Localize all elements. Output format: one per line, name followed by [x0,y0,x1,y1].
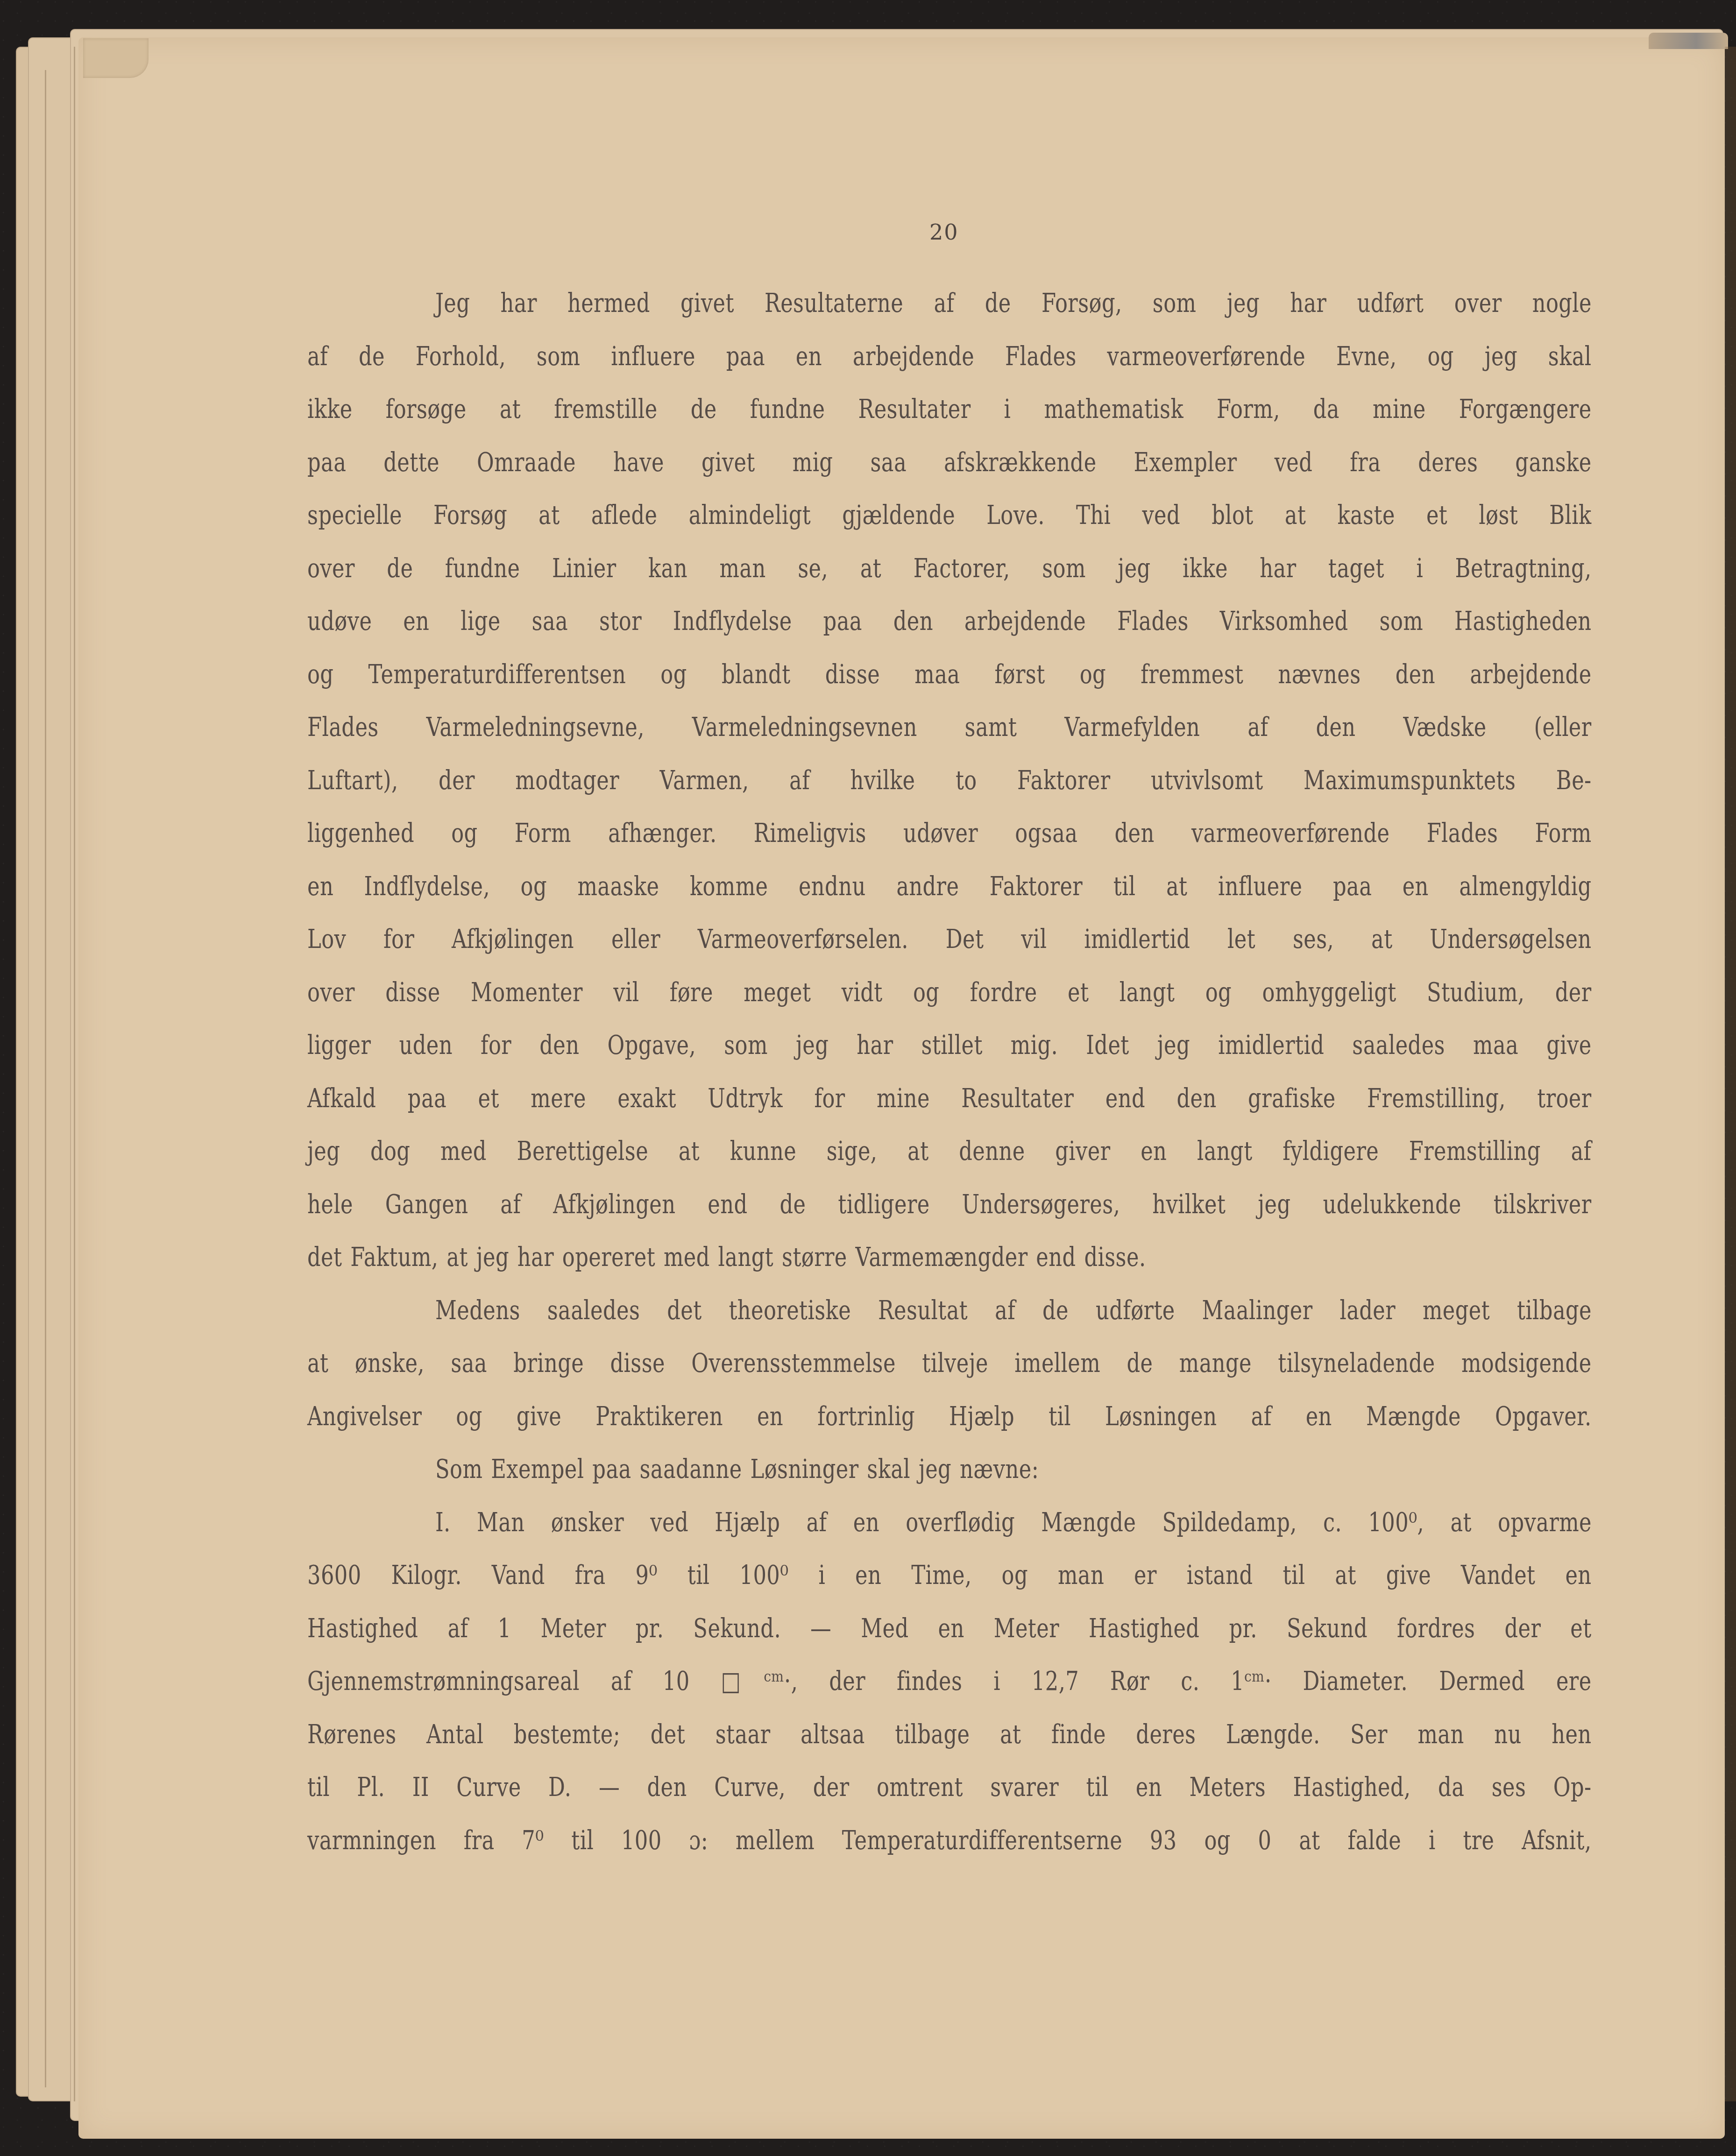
text-line: 3600 Kilogr. Vand fra 9⁰ til 100⁰ i en T… [307,1559,1335,1592]
text-line: Luftart), der modtager Varmen, af hvilke… [307,764,1335,797]
text-line-content: Afkald paa et mere exakt Udtryk for mine… [307,1082,1592,1115]
text-line: hele Gangen af Afkjølingen end de tidlig… [307,1188,1335,1221]
text-line-content: Som Exempel paa saadanne Løsninger skal … [435,1453,1592,1486]
text-line-content: til Pl. II Curve D. — den Curve, der omt… [307,1771,1592,1804]
body-text: Jeg har hermed givet Resultaterne af de … [0,0,1736,2156]
text-line: Hastighed af 1 Meter pr. Sekund. — Med e… [307,1612,1335,1645]
text-line: til Pl. II Curve D. — den Curve, der omt… [307,1771,1335,1804]
text-line-content: Rørenes Antal bestemte; det staar altsaa… [307,1718,1592,1751]
text-line-content: det Faktum, at jeg har opereret med lang… [307,1241,1592,1274]
text-line: Afkald paa et mere exakt Udtryk for mine… [307,1082,1335,1115]
text-line: Rørenes Antal bestemte; det staar altsaa… [307,1718,1335,1751]
text-line: over disse Momenter vil føre meget vidt … [307,976,1335,1009]
text-line: over de fundne Linier kan man se, at Fac… [307,552,1335,585]
text-line: af de Forhold, som influere paa en arbej… [307,340,1335,373]
text-line: Som Exempel paa saadanne Løsninger skal … [435,1453,1360,1486]
text-line-content: af de Forhold, som influere paa en arbej… [307,340,1592,373]
text-line: udøve en lige saa stor Indflydelse paa d… [307,605,1335,638]
text-line-content: ligger uden for den Opgave, som jeg har … [307,1029,1592,1062]
text-line: I. Man ønsker ved Hjælp af en overflødig… [435,1506,1360,1539]
text-line: Gjennemstrømningsareal af 10 □ᶜᵐ·, der f… [307,1665,1335,1698]
text-line-content: Hastighed af 1 Meter pr. Sekund. — Med e… [307,1612,1592,1645]
text-line-content: over disse Momenter vil føre meget vidt … [307,976,1592,1009]
text-line: Lov for Afkjølingen eller Varmeoverførse… [307,923,1335,956]
text-line-content: 3600 Kilogr. Vand fra 9⁰ til 100⁰ i en T… [307,1559,1592,1592]
text-line: jeg dog med Berettigelse at kunne sige, … [307,1135,1335,1168]
text-line-content: og Temperaturdifferentsen og blandt diss… [307,658,1592,691]
text-line: liggenhed og Form afhænger. Rimeligvis u… [307,817,1335,850]
text-line-content: Medens saaledes det theoretiske Resultat… [435,1294,1592,1327]
text-line: ligger uden for den Opgave, som jeg har … [307,1029,1335,1062]
text-line-content: udøve en lige saa stor Indflydelse paa d… [307,605,1592,638]
text-line-content: Lov for Afkjølingen eller Varmeoverførse… [307,923,1592,956]
text-line-content: over de fundne Linier kan man se, at Fac… [307,552,1592,585]
text-line-content: at ønske, saa bringe disse Overensstemme… [307,1347,1592,1380]
text-line-content: Luftart), der modtager Varmen, af hvilke… [307,764,1592,797]
text-line-content: paa dette Omraade have givet mig saa afs… [307,446,1592,479]
text-line: en Indflydelse, og maaske komme endnu an… [307,870,1335,903]
text-line-content: ikke forsøge at fremstille de fundne Res… [307,393,1592,426]
text-line: Angivelser og give Praktikeren en fortri… [307,1400,1335,1433]
text-line-content: liggenhed og Form afhænger. Rimeligvis u… [307,817,1592,850]
text-line: ikke forsøge at fremstille de fundne Res… [307,393,1335,426]
text-line: det Faktum, at jeg har opereret med lang… [307,1241,1335,1274]
text-line: Jeg har hermed givet Resultaterne af de … [435,287,1360,320]
text-line-content: Angivelser og give Praktikeren en fortri… [307,1400,1592,1433]
text-line: Flades Varmeledningsevne, Varmeledningse… [307,711,1335,744]
text-line: specielle Forsøg at aflede almindeligt g… [307,499,1335,532]
text-line-content: jeg dog med Berettigelse at kunne sige, … [307,1135,1592,1168]
text-line: varmningen fra 7⁰ til 100 ɔ: mellem Temp… [307,1824,1335,1857]
text-line-content: specielle Forsøg at aflede almindeligt g… [307,499,1592,532]
text-line: paa dette Omraade have givet mig saa afs… [307,446,1335,479]
text-line-content: varmningen fra 7⁰ til 100 ɔ: mellem Temp… [307,1824,1592,1857]
text-line-content: I. Man ønsker ved Hjælp af en overflødig… [435,1506,1592,1539]
text-line: at ønske, saa bringe disse Overensstemme… [307,1347,1335,1380]
text-line-content: hele Gangen af Afkjølingen end de tidlig… [307,1188,1592,1221]
text-line: og Temperaturdifferentsen og blandt diss… [307,658,1335,691]
text-line-content: Gjennemstrømningsareal af 10 □ᶜᵐ·, der f… [307,1665,1592,1698]
text-line-content: Flades Varmeledningsevne, Varmeledningse… [307,711,1592,744]
text-line-content: en Indflydelse, og maaske komme endnu an… [307,870,1592,903]
text-line: Medens saaledes det theoretiske Resultat… [435,1294,1360,1327]
text-line-content: Jeg har hermed givet Resultaterne af de … [435,287,1592,320]
